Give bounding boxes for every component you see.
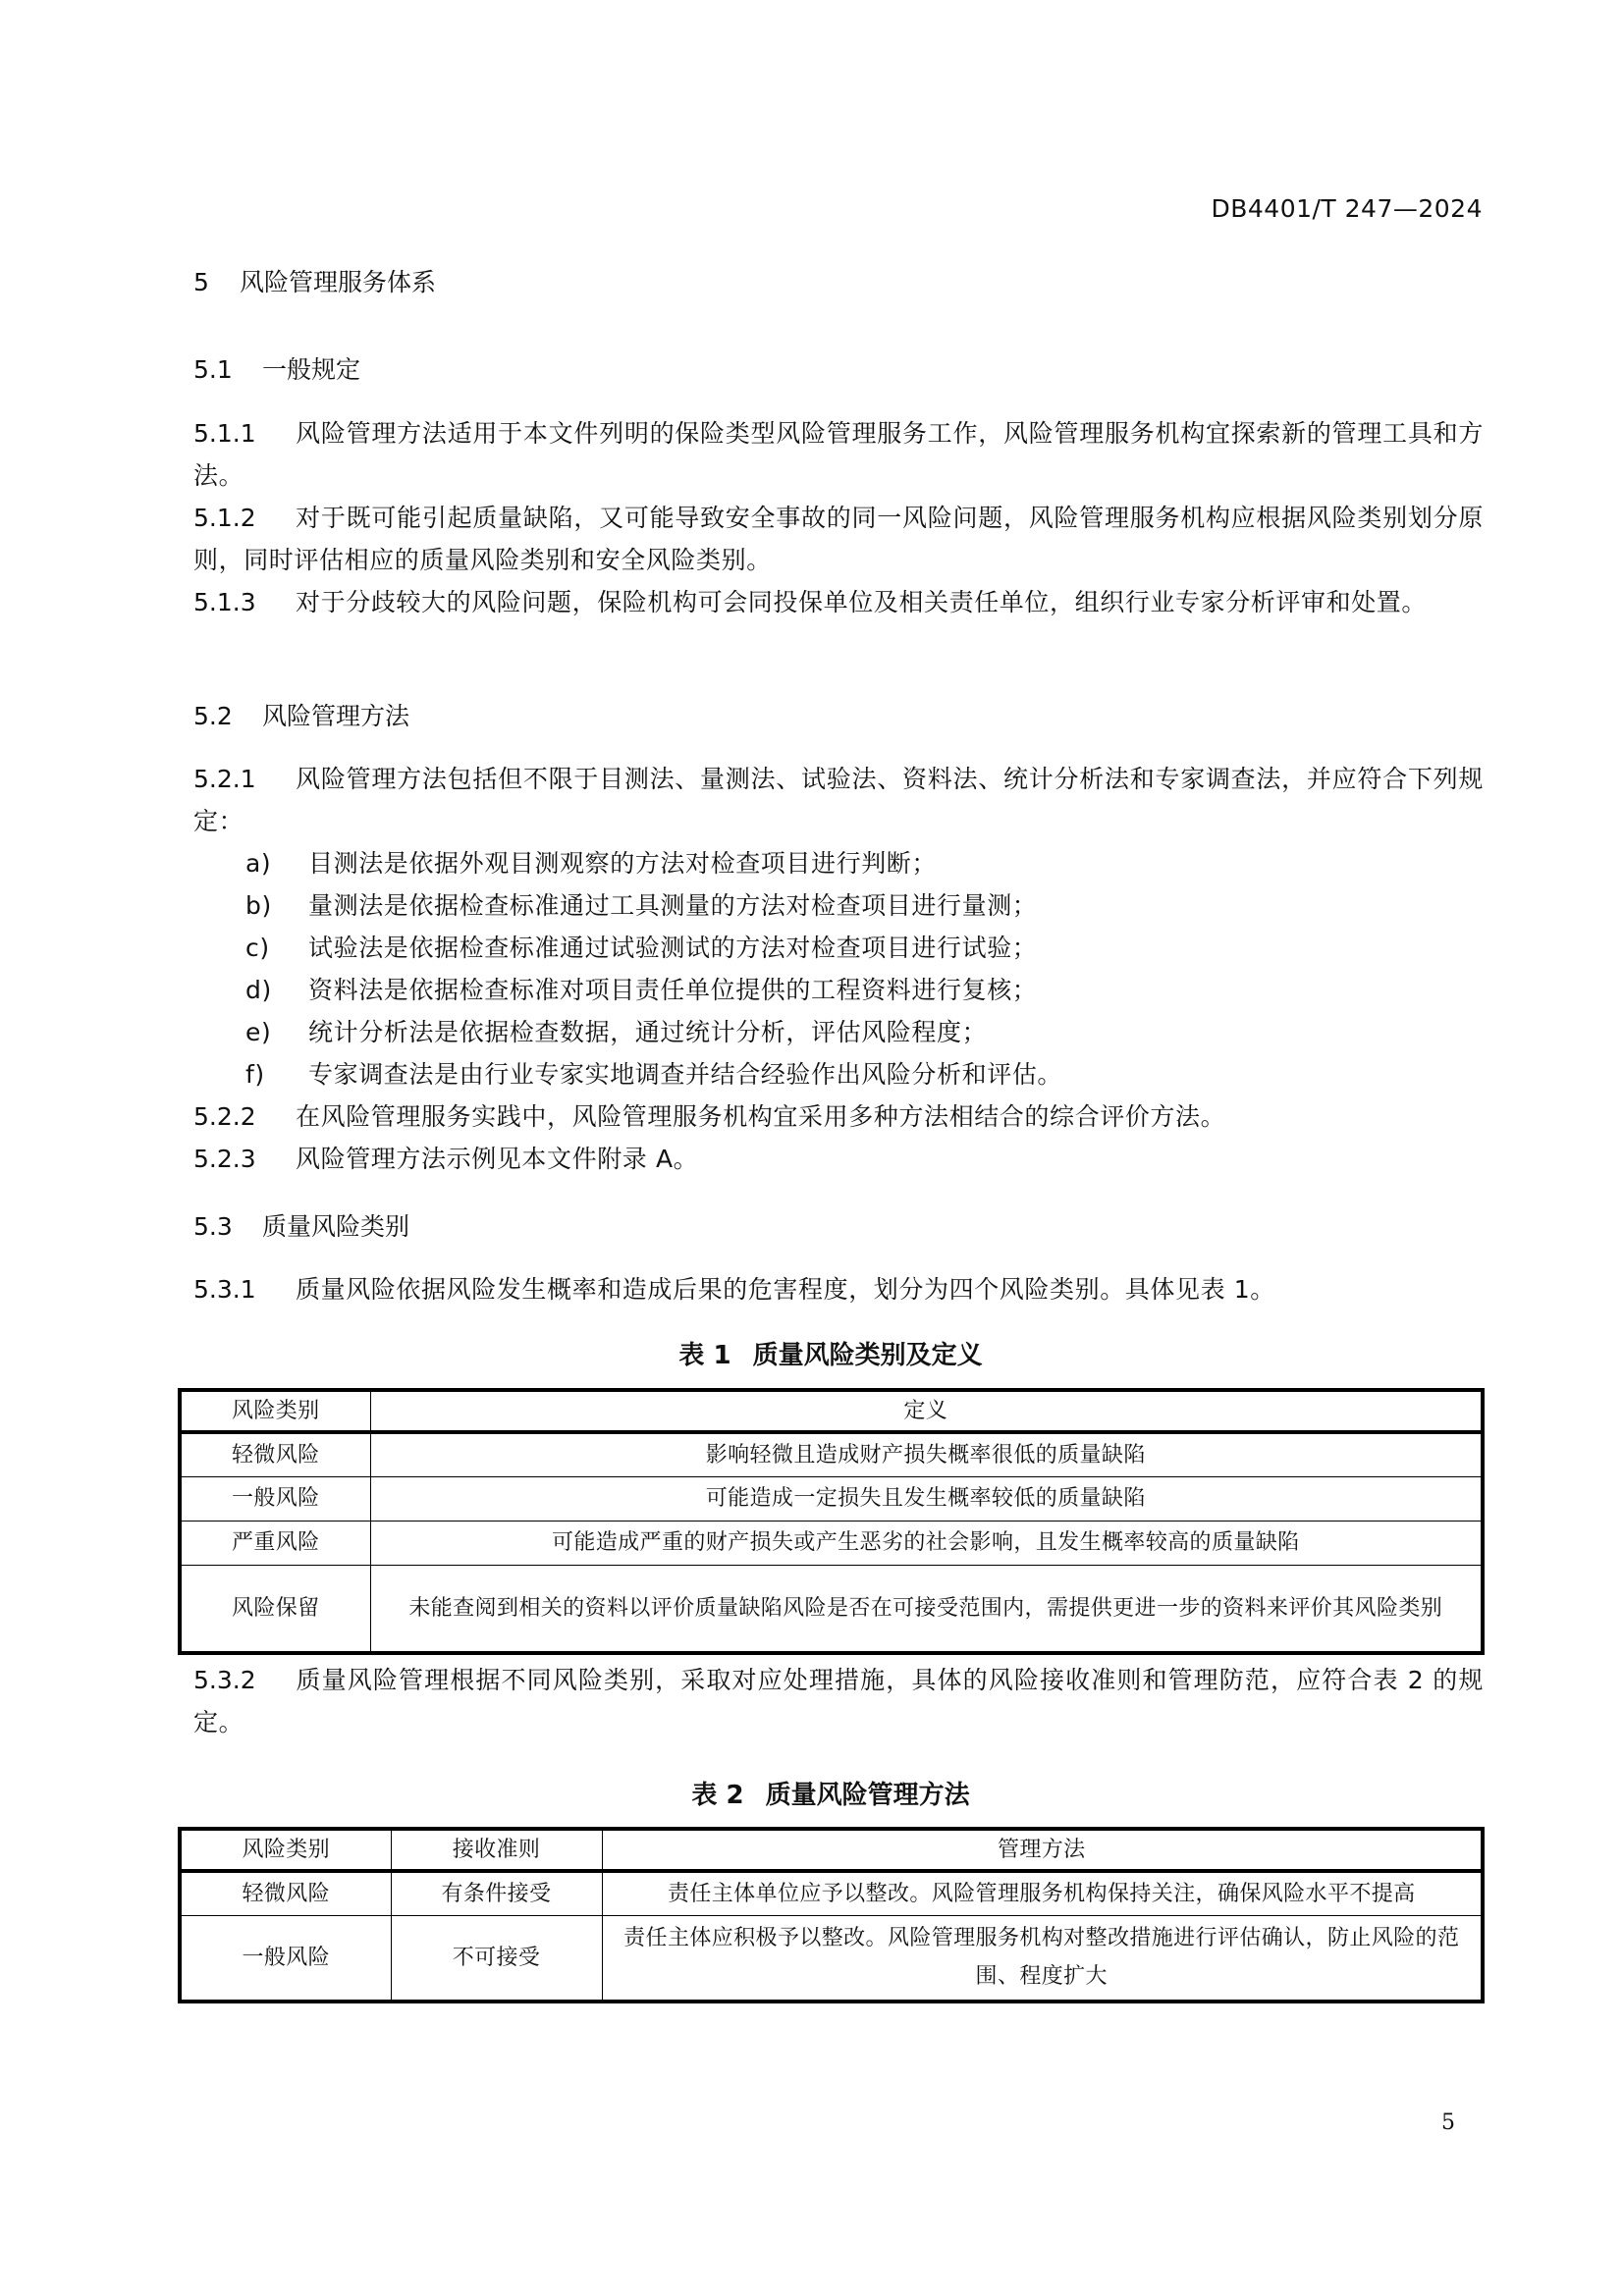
table-cell: 责任主体应积极予以整改。风险管理服务机构对整改措施进行评估确认，防止风险的范围、… xyxy=(602,1915,1483,2002)
clause-5-1-1: 5.1.1风险管理方法适用于本文件列明的保险类型风险管理服务工作，风险管理服务机… xyxy=(193,412,1484,497)
list-item-e: e)统计分析法是依据检查数据，通过统计分析，评估风险程度； xyxy=(245,1011,1483,1053)
list-text: 目测法是依据外观目测观察的方法对检查项目进行判断； xyxy=(308,849,937,878)
table-cell: 严重风险 xyxy=(180,1521,370,1565)
clause-text: 质量风险管理根据不同风险类别，采取对应处理措施，具体的风险接收准则和管理防范，应… xyxy=(193,1666,1484,1736)
table-row: 风险保留 未能查阅到相关的资料以评价质量缺陷风险是否在可接受范围内，需提供更进一… xyxy=(180,1565,1483,1653)
clause-text: 风险管理方法示例见本文件附录 A。 xyxy=(296,1145,698,1173)
list-text: 资料法是依据检查标准对项目责任单位提供的工程资料进行复核； xyxy=(308,976,1037,1004)
clause-number: 5.1.2 xyxy=(193,497,296,539)
section-heading-5-1: 5.1一般规定 xyxy=(193,350,360,386)
list-marker: a) xyxy=(245,842,308,884)
table-number: 表 1 xyxy=(678,1341,730,1370)
clause-text: 风险管理方法包括但不限于目测法、量测法、试验法、资料法、统计分析法和专家调查法，… xyxy=(193,765,1484,835)
table-cell: 有条件接受 xyxy=(391,1871,602,1915)
clause-number: 5.2.1 xyxy=(193,758,296,800)
clause-text: 质量风险依据风险发生概率和造成后果的危害程度，划分为四个风险类别。具体见表 1。 xyxy=(296,1275,1275,1304)
column-header: 风险类别 xyxy=(180,1390,370,1432)
table-2-quality-risk-management: 风险类别 接收准则 管理方法 轻微风险 有条件接受 责任主体单位应予以整改。风险… xyxy=(178,1827,1485,2003)
section-heading-5-3: 5.3质量风险类别 xyxy=(193,1207,409,1243)
list-marker: b) xyxy=(245,884,308,927)
table-1-caption: 表 1质量风险类别及定义 xyxy=(178,1335,1484,1371)
clause-5-2-2: 5.2.2在风险管理服务实践中，风险管理服务机构宜采用多种方法相结合的综合评价方… xyxy=(193,1095,1484,1138)
table-row: 轻微风险 影响轻微且造成财产损失概率很低的质量缺陷 xyxy=(180,1432,1483,1476)
table-cell: 轻微风险 xyxy=(180,1432,370,1476)
clause-number: 5.2.2 xyxy=(193,1095,296,1138)
clause-5-3-1: 5.3.1质量风险依据风险发生概率和造成后果的危害程度，划分为四个风险类别。具体… xyxy=(193,1268,1484,1310)
table-cell: 轻微风险 xyxy=(180,1871,391,1915)
column-header: 管理方法 xyxy=(602,1829,1483,1871)
table-number: 表 2 xyxy=(691,1781,743,1810)
list-marker: c) xyxy=(245,927,308,969)
list-item-a: a)目测法是依据外观目测观察的方法对检查项目进行判断； xyxy=(245,842,1483,884)
table-1-quality-risk-categories: 风险类别 定义 轻微风险 影响轻微且造成财产损失概率很低的质量缺陷 一般风险 可… xyxy=(178,1388,1485,1655)
clause-5-1-2: 5.1.2对于既可能引起质量缺陷，又可能导致安全事故的同一风险问题，风险管理服务… xyxy=(193,497,1484,581)
column-header: 风险类别 xyxy=(180,1829,391,1871)
clause-number: 5.1.3 xyxy=(193,581,296,623)
section-heading-5: 5风险管理服务体系 xyxy=(193,263,436,298)
list-marker: f) xyxy=(245,1053,308,1095)
list-marker: d) xyxy=(245,969,308,1011)
table-title: 质量风险类别及定义 xyxy=(753,1341,983,1370)
clause-number: 5.1.1 xyxy=(193,412,296,454)
clause-number: 5.3.1 xyxy=(193,1268,296,1310)
table-cell: 一般风险 xyxy=(180,1915,391,2002)
table-cell: 风险保留 xyxy=(180,1565,370,1653)
clause-5-3-2: 5.3.2质量风险管理根据不同风险类别，采取对应处理措施，具体的风险接收准则和管… xyxy=(193,1659,1484,1743)
section-number: 5.3 xyxy=(193,1212,262,1241)
table-cell: 不可接受 xyxy=(391,1915,602,2002)
section-number: 5.1 xyxy=(193,355,262,384)
section-title: 一般规定 xyxy=(262,355,360,384)
list-item-d: d)资料法是依据检查标准对项目责任单位提供的工程资料进行复核； xyxy=(245,969,1483,1011)
list-text: 统计分析法是依据检查数据，通过统计分析，评估风险程度； xyxy=(308,1018,987,1046)
list-marker: e) xyxy=(245,1011,308,1053)
list-item-b: b)量测法是依据检查标准通过工具测量的方法对检查项目进行量测； xyxy=(245,884,1483,927)
column-header: 定义 xyxy=(370,1390,1483,1432)
clause-text: 对于分歧较大的风险问题，保险机构可会同投保单位及相关责任单位，组织行业专家分析评… xyxy=(296,588,1427,616)
table-header-row: 风险类别 定义 xyxy=(180,1390,1483,1432)
table-2-caption: 表 2质量风险管理方法 xyxy=(178,1775,1484,1811)
section-title: 风险管理方法 xyxy=(262,702,409,730)
section-heading-5-2: 5.2风险管理方法 xyxy=(193,697,409,732)
section-number: 5 xyxy=(193,268,240,296)
table-header-row: 风险类别 接收准则 管理方法 xyxy=(180,1829,1483,1871)
table-cell: 可能造成严重的财产损失或产生恶劣的社会影响，且发生概率较高的质量缺陷 xyxy=(370,1521,1483,1565)
section-title: 风险管理服务体系 xyxy=(240,268,436,296)
document-code: DB4401/T 247—2024 xyxy=(1031,194,1483,223)
table-row: 一般风险 不可接受 责任主体应积极予以整改。风险管理服务机构对整改措施进行评估确… xyxy=(180,1915,1483,2002)
clause-5-2-1: 5.2.1风险管理方法包括但不限于目测法、量测法、试验法、资料法、统计分析法和专… xyxy=(193,758,1484,842)
table-cell: 未能查阅到相关的资料以评价质量缺陷风险是否在可接受范围内，需提供更进一步的资料来… xyxy=(370,1565,1483,1653)
clause-5-2-3: 5.2.3风险管理方法示例见本文件附录 A。 xyxy=(193,1138,1484,1180)
clause-text: 风险管理方法适用于本文件列明的保险类型风险管理服务工作，风险管理服务机构宜探索新… xyxy=(193,419,1484,490)
table-row: 一般风险 可能造成一定损失且发生概率较低的质量缺陷 xyxy=(180,1476,1483,1521)
section-title: 质量风险类别 xyxy=(262,1212,409,1241)
clause-5-1-3: 5.1.3对于分歧较大的风险问题，保险机构可会同投保单位及相关责任单位，组织行业… xyxy=(193,581,1484,623)
list-text: 专家调查法是由行业专家实地调查并结合经验作出风险分析和评估。 xyxy=(308,1060,1062,1089)
clause-number: 5.2.3 xyxy=(193,1138,296,1180)
table-row: 严重风险 可能造成严重的财产损失或产生恶劣的社会影响，且发生概率较高的质量缺陷 xyxy=(180,1521,1483,1565)
table-row: 轻微风险 有条件接受 责任主体单位应予以整改。风险管理服务机构保持关注，确保风险… xyxy=(180,1871,1483,1915)
table-cell: 影响轻微且造成财产损失概率很低的质量缺陷 xyxy=(370,1432,1483,1476)
table-cell: 责任主体单位应予以整改。风险管理服务机构保持关注，确保风险水平不提高 xyxy=(602,1871,1483,1915)
table-cell: 一般风险 xyxy=(180,1476,370,1521)
table-cell: 可能造成一定损失且发生概率较低的质量缺陷 xyxy=(370,1476,1483,1521)
page-number: 5 xyxy=(1434,2110,1463,2135)
column-header: 接收准则 xyxy=(391,1829,602,1871)
clause-text: 在风险管理服务实践中，风险管理服务机构宜采用多种方法相结合的综合评价方法。 xyxy=(296,1102,1225,1131)
list-item-f: f)专家调查法是由行业专家实地调查并结合经验作出风险分析和评估。 xyxy=(245,1053,1483,1095)
table-title: 质量风险管理方法 xyxy=(766,1781,970,1810)
list-text: 试验法是依据检查标准通过试验测试的方法对检查项目进行试验； xyxy=(308,934,1037,962)
list-text: 量测法是依据检查标准通过工具测量的方法对检查项目进行量测； xyxy=(308,891,1037,920)
section-number: 5.2 xyxy=(193,702,262,730)
clause-number: 5.3.2 xyxy=(193,1659,296,1701)
list-item-c: c)试验法是依据检查标准通过试验测试的方法对检查项目进行试验； xyxy=(245,927,1483,969)
clause-text: 对于既可能引起质量缺陷，又可能导致安全事故的同一风险问题，风险管理服务机构应根据… xyxy=(193,504,1484,574)
